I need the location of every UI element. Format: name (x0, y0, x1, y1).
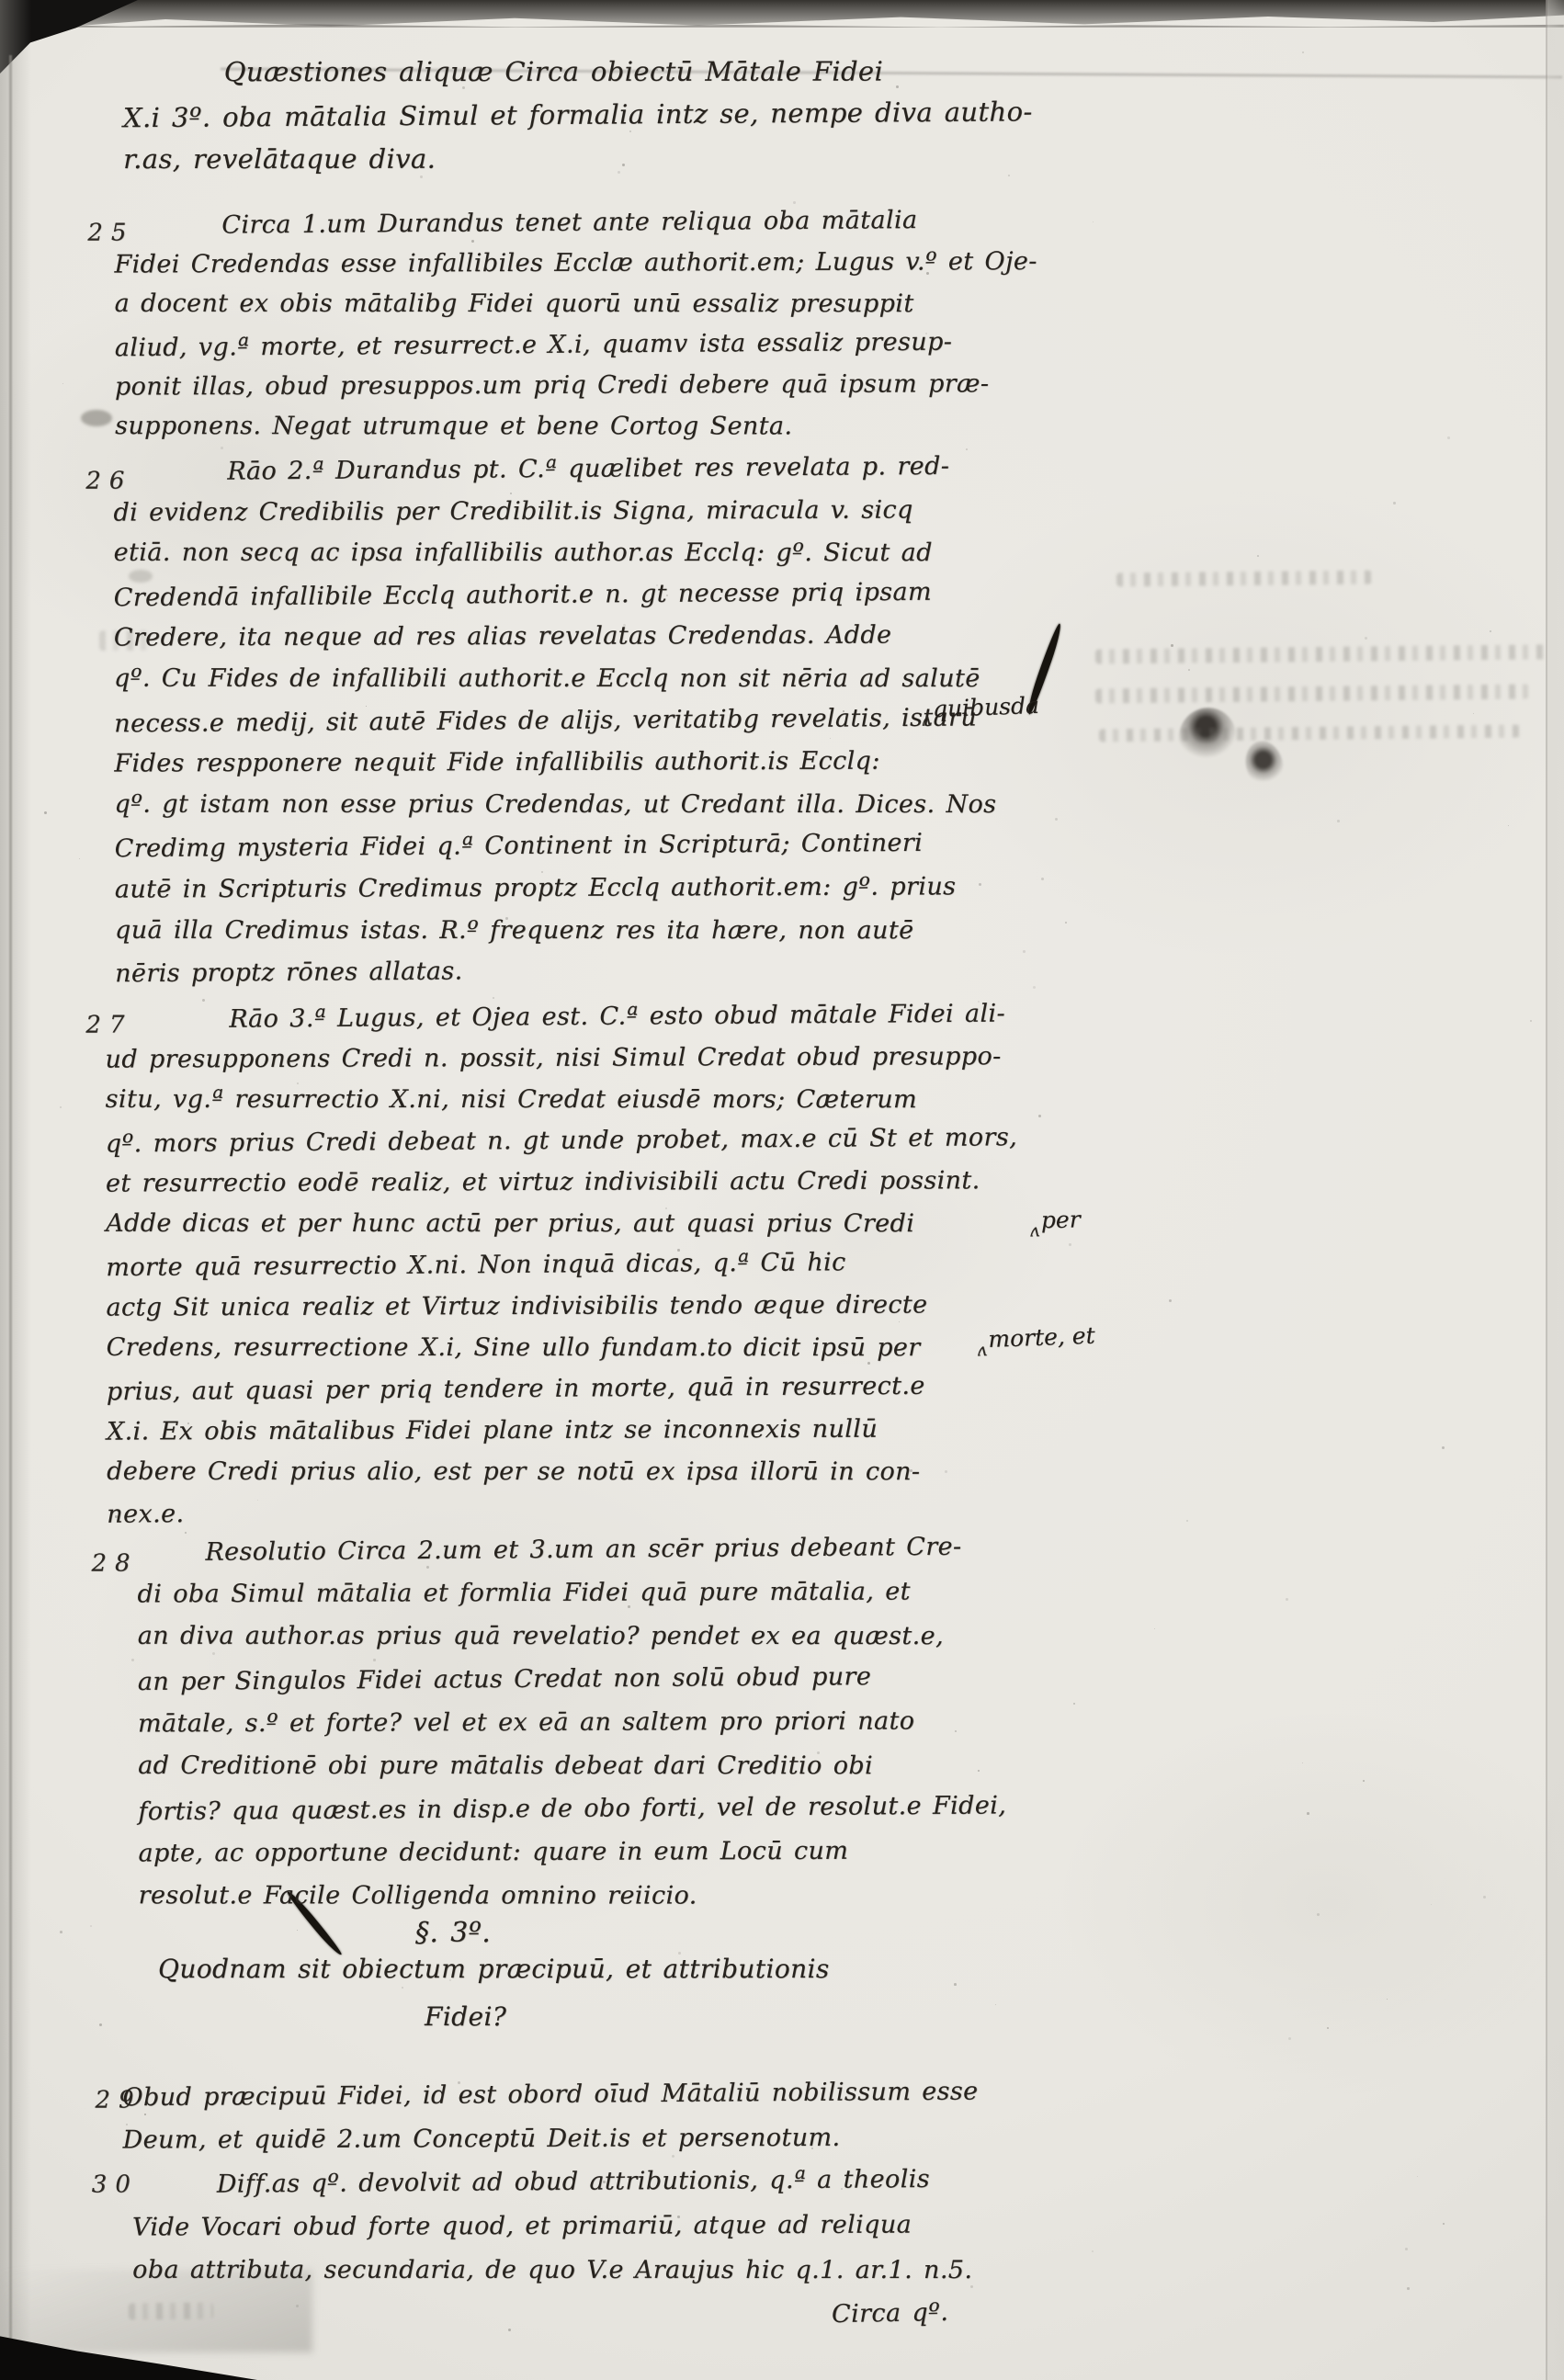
manuscript-line: Resolutio Circa 2.um et 3.um an scēr pri… (205, 1533, 961, 1567)
manuscript-line: supponens. Negat utrumque et bene Cortog… (115, 412, 792, 440)
margin-paragraph-number: 27 (85, 1011, 132, 1038)
manuscript-line: nēris proptz rōnes allatas. (115, 958, 463, 989)
manuscript-line: oba attributa, secundaria, de quo V.e Ar… (132, 2256, 972, 2284)
manuscript-line: di oba Simul mātalia et formlia Fidei qu… (137, 1578, 910, 1609)
manuscript-line: Rāo 3.ª Lugus, et Ojea est. C.ª esto obu… (229, 1000, 1005, 1034)
manuscript-line: situ, vg.ª resurrectio X.ni, nisi Credat… (106, 1085, 917, 1114)
manuscript-line: qº. Cu Fides de infallibili authorit.e E… (114, 664, 980, 693)
margin-note-text: morte, et (988, 1322, 1095, 1353)
margin-paragraph-number: 30 (92, 2170, 139, 2198)
manuscript-line: autē in Scripturis Credimus proptz Ecclq… (115, 872, 957, 903)
heading-line: r.as, revelātaque diva. (123, 143, 436, 175)
manuscript-line: Vide Vocari obud forte quod, et primariū… (132, 2211, 912, 2242)
manuscript-line: Credendā infallibile Ecclq authorit.e n.… (114, 578, 932, 613)
section-title-line: Fidei? (425, 2001, 506, 2032)
margin-insertion-note: ʌquibusda (921, 692, 1040, 723)
manuscript-line: ud presupponens Credi n. possit, nisi Si… (105, 1042, 1001, 1073)
heading-line: Quæstiones aliquæ Circa obiectū Mātale F… (224, 56, 883, 88)
manuscript-line: apte, ac opportune decidunt: quare in eu… (138, 1837, 848, 1868)
catchword: Circa qº. (832, 2298, 949, 2329)
manuscript-page: Quæstiones aliquæ Circa obiectū Mātale F… (0, 0, 1564, 2380)
manuscript-line: Rāo 2.ª Durandus pt. C.ª quælibet res re… (227, 452, 949, 486)
section-mark: §. 3º. (415, 1917, 491, 1949)
margin-paragraph-number: 28 (91, 1549, 138, 1577)
manuscript-line: Circa 1.um Durandus tenet ante reliqua o… (221, 206, 917, 240)
manuscript-line: et resurrectio eodē realiz, et virtuz in… (106, 1166, 980, 1197)
manuscript-line: an per Singulos Fidei actus Credat non s… (138, 1662, 872, 1696)
manuscript-line: Adde dicas et per hunc actū per prius, a… (106, 1209, 914, 1238)
manuscript-line: morte quā resurrectio X.ni. Non inquā di… (106, 1248, 846, 1282)
manuscript-line: ad Creditionē obi pure mātalis debeat da… (138, 1751, 873, 1780)
margin-insertion-note: ʌmorte, et (976, 1322, 1095, 1354)
margin-note-text: quibusda (932, 692, 1039, 722)
manuscript-scan: { "manuscript": { "heading_lines": [ "Qu… (0, 0, 1564, 2380)
manuscript-line: necess.e medij, sit autē Fides de alijs,… (114, 703, 977, 738)
manuscript-line: di evidenz Credibilis per Credibilit.is … (113, 495, 912, 527)
manuscript-line: ponit illas, obud presuppos.um priq Cred… (115, 369, 989, 401)
manuscript-line: nex.e. (107, 1500, 184, 1529)
manuscript-line: an diva author.as prius quā revelatio? p… (138, 1622, 944, 1650)
manuscript-line: X.i. Ex obis mātalibus Fidei plane intz … (107, 1415, 878, 1446)
margin-paragraph-number: 26 (85, 467, 132, 494)
manuscript-line: debere Credi prius alio, est per se notū… (107, 1457, 920, 1486)
margin-note-text: per (1041, 1206, 1081, 1233)
section-title-line: Quodnam sit obiectum præcipuū, et attrib… (158, 1954, 830, 1984)
manuscript-line: fortis? qua quæst.es in disp.e de obo fo… (138, 1791, 1006, 1826)
manuscript-line: prius, aut quasi per priq tendere in mor… (107, 1372, 925, 1407)
manuscript-line: a docent ex obis mātalibg Fidei quorū un… (115, 289, 914, 318)
manuscript-line: Obud præcipuū Fidei, id est obord oīud M… (122, 2077, 978, 2112)
manuscript-line: aliud, vg.ª morte, et resurrect.e X.i, q… (115, 327, 953, 362)
manuscript-line: Diff.as qº. devolvit ad obud attribution… (217, 2165, 930, 2199)
manuscript-line: actg Sit unica realiz et Virtuz indivisi… (106, 1290, 927, 1321)
manuscript-line: Fidei Credendas esse infallibiles Ecclæ … (114, 247, 1037, 279)
manuscript-line: qº. gt istam non esse prius Credendas, u… (115, 789, 997, 818)
handwritten-text-block: Quæstiones aliquæ Circa obiectū Mātale F… (0, 0, 1564, 2380)
margin-insertion-note: ʌper (1029, 1206, 1081, 1233)
manuscript-line: qº. mors prius Credi debeat n. gt unde p… (106, 1123, 1017, 1158)
manuscript-line: Credere, ita neque ad res alias revelata… (114, 621, 892, 652)
manuscript-line: mātale, s.º et forte? vel et ex eā an sa… (138, 1706, 915, 1738)
manuscript-line: etiā. non secq ac ipsa infallibilis auth… (114, 538, 933, 567)
margin-paragraph-number: 25 (87, 219, 134, 246)
insertion-caret-mark: ʌ (921, 709, 932, 730)
manuscript-line: Deum, et quidē 2.um Conceptū Deit.is et … (123, 2124, 841, 2155)
manuscript-line: Credens, resurrectione X.i, Sine ullo fu… (107, 1333, 921, 1362)
manuscript-line: Credimg mysteria Fidei q.ª Continent in … (115, 829, 924, 863)
heading-line: X.i 3º. oba mātalia Simul et formalia in… (123, 96, 1033, 133)
manuscript-line: Fides respponere nequit Fide infallibili… (114, 747, 880, 778)
manuscript-line: quā illa Credimus istas. R.º frequenz re… (115, 915, 913, 944)
manuscript-line: resolut.e Facile Colligenda omnino reiic… (139, 1881, 697, 1910)
insertion-caret-mark: ʌ (1029, 1220, 1039, 1241)
insertion-caret-mark: ʌ (977, 1340, 988, 1360)
